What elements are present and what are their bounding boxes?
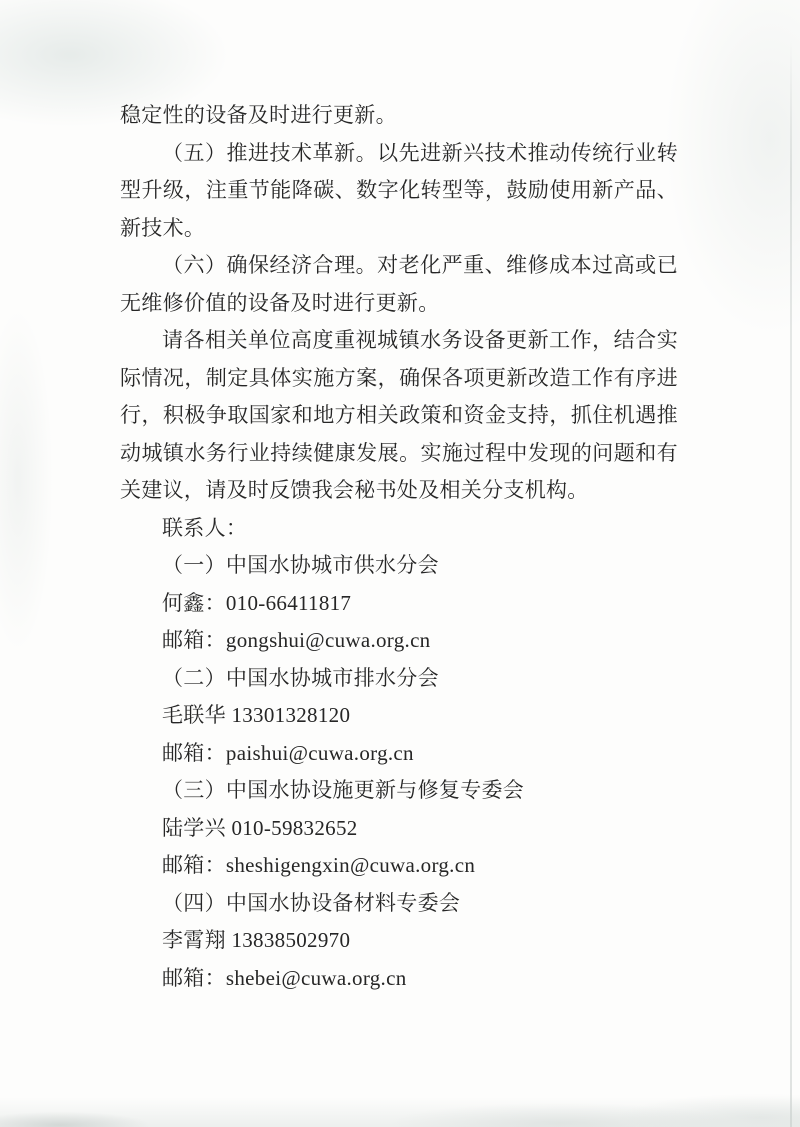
document-line: 无维修价值的设备及时进行更新。 <box>120 285 678 323</box>
document-line: （六）确保经济合理。对老化严重、维修成本过高或已 <box>120 247 678 285</box>
scan-noise-bottom <box>0 1081 800 1127</box>
document-line: 联系人： <box>120 510 678 548</box>
document-line: （二）中国水协城市排水分会 <box>120 660 678 698</box>
document-line: 邮箱：shebei@cuwa.org.cn <box>120 960 678 998</box>
document-line: 关建议，请及时反馈我会秘书处及相关分支机构。 <box>120 472 678 510</box>
document-line: （一）中国水协城市供水分会 <box>120 547 678 585</box>
document-body: 稳定性的设备及时进行更新。（五）推进技术革新。以先进新兴技术推动传统行业转型升级… <box>120 97 678 997</box>
scan-edge-line-right <box>790 40 792 1127</box>
document-line: 李霄翔 13838502970 <box>120 922 678 960</box>
scanned-document-page: 稳定性的设备及时进行更新。（五）推进技术革新。以先进新兴技术推动传统行业转型升级… <box>0 0 800 1127</box>
document-line: 稳定性的设备及时进行更新。 <box>120 97 678 135</box>
document-line: 邮箱：gongshui@cuwa.org.cn <box>120 622 678 660</box>
document-line: 邮箱：paishui@cuwa.org.cn <box>120 735 678 773</box>
document-line: 际情况，制定具体实施方案，确保各项更新改造工作有序进 <box>120 360 678 398</box>
scan-smudge-left <box>0 270 70 690</box>
document-line: 新技术。 <box>120 210 678 248</box>
document-line: （四）中国水协设备材料专委会 <box>120 885 678 923</box>
document-line: 毛联华 13301328120 <box>120 697 678 735</box>
document-line: 何鑫：010-66411817 <box>120 585 678 623</box>
document-line: 行，积极争取国家和地方相关政策和资金支持，抓住机遇推 <box>120 397 678 435</box>
document-line: 动城镇水务行业持续健康发展。实施过程中发现的问题和有 <box>120 435 678 473</box>
document-line: （三）中国水协设施更新与修复专委会 <box>120 772 678 810</box>
document-line: 陆学兴 010-59832652 <box>120 810 678 848</box>
document-line: 邮箱：sheshigengxin@cuwa.org.cn <box>120 847 678 885</box>
document-line: 请各相关单位高度重视城镇水务设备更新工作，结合实 <box>120 322 678 360</box>
document-line: （五）推进技术革新。以先进新兴技术推动传统行业转 <box>120 135 678 173</box>
document-line: 型升级，注重节能降碳、数字化转型等，鼓励使用新产品、 <box>120 172 678 210</box>
